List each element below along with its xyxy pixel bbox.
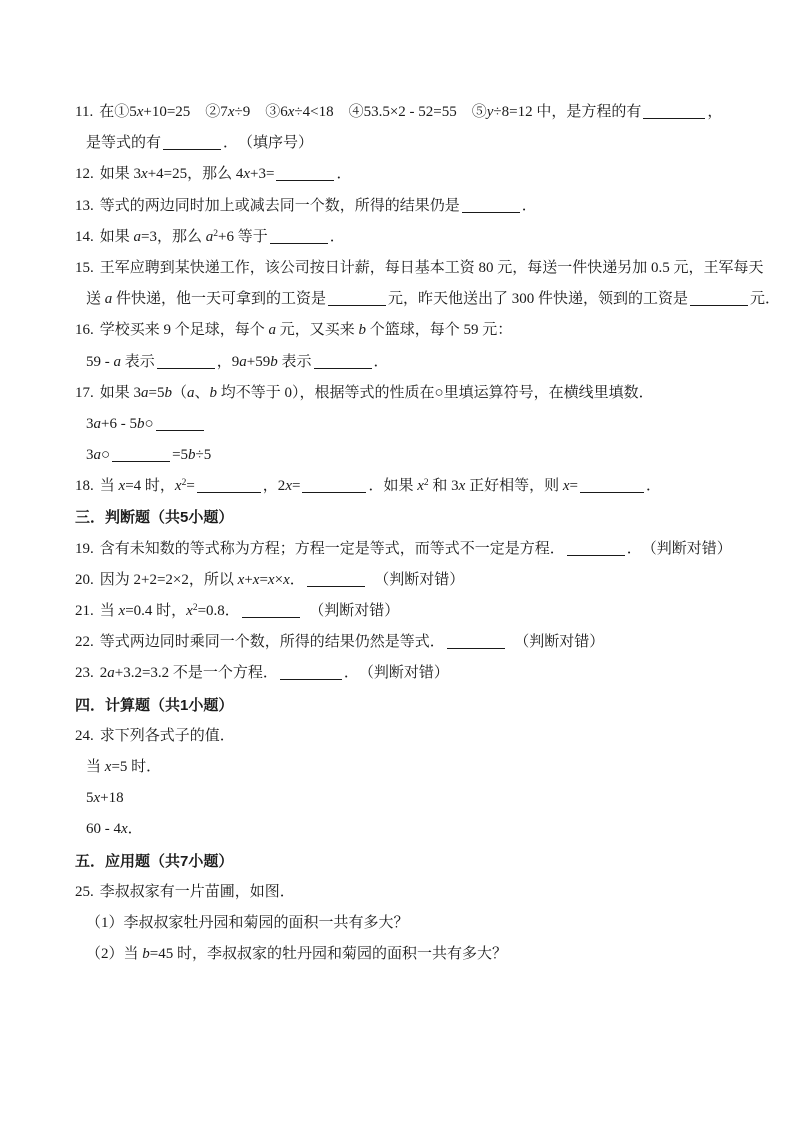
text-run: =0.4 时，: [125, 603, 186, 619]
text-run: （判断对错）: [302, 603, 400, 619]
text-run: ．: [128, 821, 143, 837]
text-run: ． （判断对错）: [344, 665, 449, 681]
text-run: 学校买来 9 个足球，每个: [100, 322, 269, 338]
document-line: 59 - a 表示，9a+59b 表示．: [0, 347, 793, 378]
text-run: +3.2=3.2 不是一个方程．: [115, 665, 278, 681]
document-line: 22.等式两边同时乘同一个数，所得的结果仍然是等式． （判断对错）: [0, 627, 793, 658]
text-run: ．: [336, 166, 351, 182]
document-line: 16.学校买来 9 个足球，每个 a 元，又买来 b 个篮球，每个 59 元：: [0, 315, 793, 346]
text-run: 60 - 4: [86, 821, 121, 837]
item-number: 11.: [75, 97, 93, 128]
item-number: 25.: [75, 877, 94, 908]
document-line: 当 x=5 时．: [0, 752, 793, 783]
math-variable: x: [175, 478, 182, 494]
text-run: 三．判断题（共5小题）: [75, 509, 233, 526]
answer-blank: [314, 355, 372, 369]
text-run: ÷4<18 ④53.5×2 - 52=55 ⑤: [294, 104, 486, 120]
answer-blank: [690, 292, 748, 306]
text-run: 等式两边同时乘同一个数，所得的结果仍然是等式．: [100, 634, 445, 650]
document-line: 25.李叔叔家有一片苗圃，如图．: [0, 877, 793, 908]
item-number: 20.: [75, 565, 94, 596]
document-line: 20.因为 2+2=2×2，所以 x+x=x×x． （判断对错）: [0, 565, 793, 596]
item-number: 23.: [75, 658, 94, 689]
answer-blank: [197, 479, 261, 493]
text-run: ÷8=12 中，是方程的有: [493, 104, 641, 120]
text-run: 如果: [100, 229, 134, 245]
item-number: 13.: [75, 191, 94, 222]
item-number: 15.: [75, 253, 94, 284]
text-run: +18: [100, 790, 123, 806]
text-run: 送: [86, 291, 105, 307]
math-variable: a: [269, 322, 277, 338]
text-run: =5: [149, 385, 165, 401]
text-run: +6 等于: [218, 229, 268, 245]
text-run: 元，又买来: [276, 322, 359, 338]
math-variable: a: [94, 416, 102, 432]
answer-blank: [643, 105, 705, 119]
text-run: ○: [101, 447, 110, 463]
text-run: +: [244, 572, 252, 588]
text-run: ÷5: [196, 447, 212, 463]
text-run: 元，昨天他送出了 300 件快递，领到的工资是: [388, 291, 688, 307]
document-line: 15.王军应聘到某快递工作，该公司按日计薪，每日基本工资 80 元，每送一件快递…: [0, 253, 793, 284]
document-line: 14.如果 a=3，那么 a2+6 等于．: [0, 222, 793, 253]
text-run: ，9: [217, 354, 240, 370]
math-variable: a: [114, 354, 122, 370]
text-run: （: [172, 385, 187, 401]
text-run: 表示: [278, 354, 312, 370]
text-run: ×: [275, 572, 283, 588]
document-line: 是等式的有． （填序号）: [0, 128, 793, 159]
answer-blank: [307, 573, 365, 587]
text-run: 正好相等，则: [465, 478, 563, 494]
answer-blank: [280, 666, 342, 680]
math-variable: x: [417, 478, 424, 494]
text-run: =: [570, 478, 578, 494]
section-heading: 三．判断题（共5小题）: [0, 502, 793, 533]
text-run: ． （填序号）: [223, 135, 313, 151]
text-run: +3=: [250, 166, 274, 182]
answer-blank: [242, 604, 300, 618]
math-variable: x: [285, 478, 292, 494]
document-line: 12.如果 3x+4=25，那么 4x+3=．: [0, 159, 793, 190]
text-run: =0.8．: [198, 603, 240, 619]
document-line: 23.2a+3.2=3.2 不是一个方程．． （判断对错）: [0, 658, 793, 689]
answer-blank: [302, 479, 366, 493]
text-run: （2）当: [86, 946, 142, 962]
item-number: 14.: [75, 222, 94, 253]
text-run: ．: [330, 229, 345, 245]
text-run: =5 时．: [111, 759, 161, 775]
answer-blank: [462, 199, 520, 213]
document-line: 3a○=5b÷5: [0, 440, 793, 471]
document-line: 60 - 4x．: [0, 814, 793, 845]
text-run: 均不等于 0），根据等式的性质在○里填运算符号，在横线里填数．: [217, 385, 654, 401]
text-run: 59 -: [86, 354, 114, 370]
text-run: 3: [86, 416, 94, 432]
answer-blank: [112, 448, 170, 462]
text-run: 3: [86, 447, 94, 463]
text-run: =3，那么: [141, 229, 206, 245]
text-run: 等式的两边同时加上或减去同一个数，所得的结果仍是: [100, 198, 460, 214]
text-run: 个篮球，每个 59 元：: [366, 322, 512, 338]
item-number: 19.: [75, 534, 94, 565]
text-run: 和 3: [429, 478, 459, 494]
document-line: （2）当 b=45 时，李叔叔家的牡丹园和菊园的面积一共有多大？: [0, 939, 793, 970]
text-run: ，2: [263, 478, 286, 494]
answer-blank: [580, 479, 644, 493]
text-run: 五．应用题（共7小题）: [75, 853, 233, 870]
item-number: 24.: [75, 721, 94, 752]
item-number: 18.: [75, 471, 94, 502]
text-run: 王军应聘到某快递工作，该公司按日计薪，每日基本工资 80 元，每送一件快递另加 …: [100, 260, 764, 276]
section-heading: 五．应用题（共7小题）: [0, 846, 793, 877]
math-variable: x: [283, 572, 290, 588]
document-line: 11.在①5x+10=25 ②7x÷9 ③6x÷4<18 ④53.5×2 - 5…: [0, 97, 793, 128]
text-run: 求下列各式子的值．: [100, 728, 235, 744]
text-run: ．: [290, 572, 305, 588]
text-run: 表示: [121, 354, 155, 370]
document-line: 5x+18: [0, 783, 793, 814]
item-number: 21.: [75, 596, 94, 627]
text-run: 元．: [750, 291, 780, 307]
document-line: 24.求下列各式子的值．: [0, 721, 793, 752]
text-run: +59: [247, 354, 270, 370]
text-run: =5: [172, 447, 188, 463]
answer-blank: [276, 167, 334, 181]
text-run: ．: [522, 198, 537, 214]
math-variable: x: [121, 821, 128, 837]
math-variable: a: [239, 354, 247, 370]
document-line: 18.当 x=4 时，x2=，2x=．如果 x2 和 3x 正好相等，则 x=．: [0, 471, 793, 502]
math-variable: b: [164, 385, 172, 401]
text-run: ．: [646, 478, 661, 494]
text-run: ．: [374, 354, 389, 370]
math-variable: x: [186, 603, 193, 619]
document-line: 17.如果 3a=5b（a、b 均不等于 0），根据等式的性质在○里填运算符号，…: [0, 378, 793, 409]
document-line: 19.含有未知数的等式称为方程；方程一定是等式，而等式不一定是方程．． （判断对…: [0, 534, 793, 565]
text-run: +4=25，那么 4: [148, 166, 244, 182]
text-run: ，: [707, 104, 722, 120]
text-run: 李叔叔家有一片苗圃，如图．: [100, 884, 295, 900]
text-run: 四．计算题（共1小题）: [75, 697, 233, 714]
answer-blank: [163, 136, 221, 150]
text-run: +6 - 5: [101, 416, 137, 432]
math-variable: x: [268, 572, 275, 588]
item-number: 12.: [75, 159, 94, 190]
math-variable: b: [142, 946, 150, 962]
document-line: 21.当 x=0.4 时，x2=0.8． （判断对错）: [0, 596, 793, 627]
math-variable: a: [141, 385, 149, 401]
math-variable: b: [188, 447, 196, 463]
text-run: 当: [86, 759, 105, 775]
math-variable: a: [94, 447, 102, 463]
answer-blank: [270, 230, 328, 244]
math-variable: x: [563, 478, 570, 494]
text-run: =4 时，: [125, 478, 175, 494]
text-run: =45 时，李叔叔家的牡丹园和菊园的面积一共有多大？: [150, 946, 507, 962]
text-run: 含有未知数的等式称为方程；方程一定是等式，而等式不一定是方程．: [100, 541, 565, 557]
document-line: 13.等式的两边同时加上或减去同一个数，所得的结果仍是．: [0, 191, 793, 222]
math-variable: b: [359, 322, 367, 338]
text-run: 、: [195, 385, 210, 401]
text-run: 如果 3: [100, 385, 141, 401]
document-body: 11.在①5x+10=25 ②7x÷9 ③6x÷4<18 ④53.5×2 - 5…: [0, 97, 793, 970]
text-run: （判断对错）: [507, 634, 605, 650]
text-run: 5: [86, 790, 94, 806]
answer-blank: [328, 292, 386, 306]
math-variable: a: [107, 665, 115, 681]
text-run: =: [292, 478, 300, 494]
text-run: 如果 3: [100, 166, 141, 182]
text-run: ÷9 ③6: [234, 104, 287, 120]
text-run: （判断对错）: [367, 572, 465, 588]
text-run: 在①5: [99, 104, 137, 120]
answer-blank: [156, 417, 204, 431]
document-line: 3a+6 - 5b○: [0, 409, 793, 440]
math-variable: a: [187, 385, 195, 401]
text-run: 当: [100, 478, 119, 494]
math-variable: x: [141, 166, 148, 182]
text-run: ○: [144, 416, 153, 432]
answer-blank: [567, 542, 625, 556]
item-number: 17.: [75, 378, 94, 409]
document-line: 送 a 件快递，他一天可拿到的工资是元，昨天他送出了 300 件快递，领到的工资…: [0, 284, 793, 315]
item-number: 16.: [75, 315, 94, 346]
math-variable: b: [270, 354, 278, 370]
section-heading: 四．计算题（共1小题）: [0, 690, 793, 721]
text-run: =: [186, 478, 194, 494]
document-line: （1）李叔叔家牡丹园和菊园的面积一共有多大？: [0, 908, 793, 939]
text-run: +10=25 ②7: [143, 104, 227, 120]
text-run: 是等式的有: [86, 135, 161, 151]
math-variable: b: [210, 385, 218, 401]
math-variable: a: [134, 229, 142, 245]
text-run: 件快递，他一天可拿到的工资是: [112, 291, 326, 307]
text-run: 当: [100, 603, 119, 619]
answer-blank: [447, 635, 505, 649]
text-run: 因为 2+2=2×2，所以: [100, 572, 238, 588]
worksheet-page: 11.在①5x+10=25 ②7x÷9 ③6x÷4<18 ④53.5×2 - 5…: [0, 0, 793, 1122]
text-run: ． （判断对错）: [627, 541, 732, 557]
text-run: ．如果: [368, 478, 417, 494]
text-run: （1）李叔叔家牡丹园和菊园的面积一共有多大？: [86, 915, 409, 931]
text-run: =: [259, 572, 267, 588]
item-number: 22.: [75, 627, 94, 658]
answer-blank: [157, 355, 215, 369]
